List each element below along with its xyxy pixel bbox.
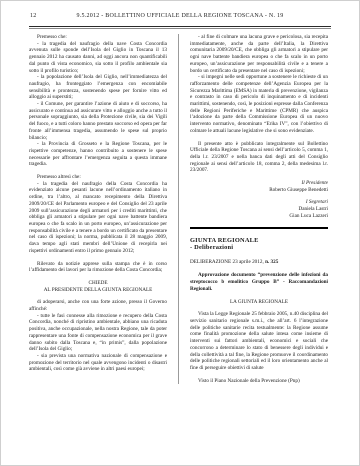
right-column: - al fine di colmare una lacuna grave e … <box>190 34 328 384</box>
vista-paragraph: Vista la Legge Regionale 25 febbraio 200… <box>190 311 328 371</box>
text-columns: Premesso che: - la tragedia del naufragi… <box>29 34 331 384</box>
premesso-item: - la tragedia del naufragio della nave C… <box>29 41 167 75</box>
deliberation-title: Approvazione documento “prevenzione dell… <box>190 272 328 292</box>
president-role: Il Presidente <box>190 180 328 187</box>
section-divider-rule <box>190 227 328 229</box>
request-item: - sia prevista una normativa nazionale d… <box>29 353 167 373</box>
rilevato-paragraph: Rilevato da notizie apprese sulla stampa… <box>29 261 167 274</box>
page-header: 12 9.5.2012 - BOLLETTINO UFFICIALE DELLA… <box>29 12 331 23</box>
header-rule <box>29 26 331 29</box>
premesso-intro: Premesso che: <box>29 34 167 41</box>
secretary-name: Gian Luca Lazzeri <box>190 213 328 220</box>
header-title: 9.5.2012 - BOLLETTINO UFFICIALE DELLA RE… <box>29 12 331 19</box>
request-item: - tutte le fasi connesse alla rimozione … <box>29 313 167 353</box>
publication-note: Il presente atto è pubblicato integralme… <box>190 141 328 175</box>
premesso-item: - la popolazione dell’Isola del Giglio, … <box>29 74 167 101</box>
deliberation-number: n. 325 <box>265 259 278 265</box>
deliberation-ref: DELIBERAZIONE 23 aprile 2012, n. 325 <box>190 259 328 266</box>
page-number: 12 <box>30 13 37 19</box>
deliberation-date: DELIBERAZIONE 23 aprile 2012, <box>190 259 265 265</box>
premesso-altresi-intro: Premesso altresì che: <box>29 174 167 181</box>
chiede-addressee: AL PRESIDENTE DELLA GIUNTA REGIONALE <box>29 287 167 294</box>
premesso-item: - il Comune, per garantire l’azione di a… <box>29 101 167 141</box>
column-divider <box>178 34 179 384</box>
giunta-heading: GIUNTA REGIONALE <box>190 237 328 245</box>
giunta-subheading: - Deliberazioni <box>190 244 328 252</box>
bulletin-page: 12 9.5.2012 - BOLLETTINO UFFICIALE DELLA… <box>0 0 360 466</box>
secretaries-role: I Segretari <box>190 199 328 206</box>
premesso-item: - la tragedia del naufragio della Costa … <box>29 181 167 255</box>
chiede-heading: CHIEDE <box>29 280 167 287</box>
la-giunta-heading: LA GIUNTA REGIONALE <box>190 299 328 306</box>
secretary-name: Daniela Lastri <box>190 206 328 213</box>
visto-paragraph: Visto il Piano Nazionale della Prevenzio… <box>190 378 328 385</box>
left-column: Premesso che: - la tragedia del naufragi… <box>29 34 167 384</box>
premesso-item: - la Provincia di Grosseto e la Regione … <box>29 141 167 168</box>
request-item: - si impegni nelle sedi opportune a sost… <box>190 74 328 134</box>
request-item: - al fine di colmare una lacuna grave e … <box>190 34 328 74</box>
president-name: Roberto Giuseppe Benedetti <box>190 187 328 194</box>
request-intro: di adoperarsi, anche con una forte azion… <box>29 299 167 312</box>
